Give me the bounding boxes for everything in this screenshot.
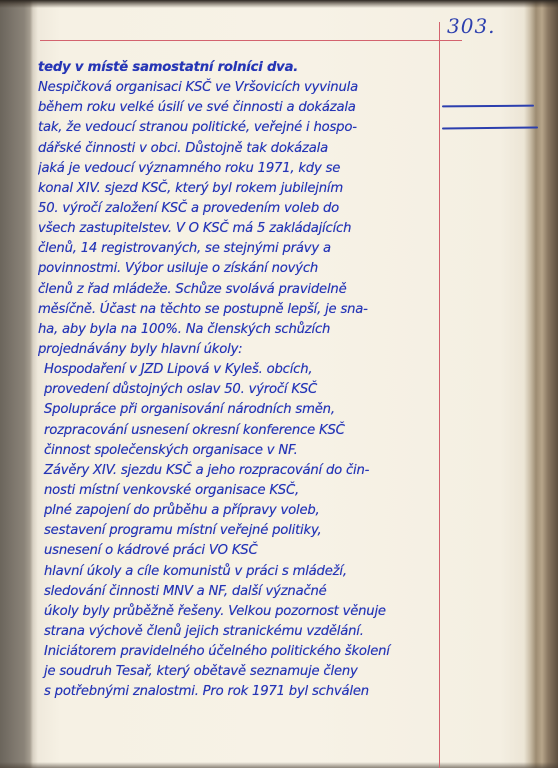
handwritten-line: nosti místní venkovské organisace KSČ, [38,481,448,501]
handwritten-line: úkoly byly průběžně řešeny. Velkou pozor… [38,602,448,622]
handwritten-line: 50. výročí založení KSČ a provedením vol… [38,199,448,219]
handwritten-line: hlavní úkoly a cíle komunistů v práci s … [38,562,448,582]
handwritten-line: rozpracování usnesení okresní konference… [38,421,448,441]
handwritten-line: Nespičková organisaci KSČ ve Vršovicích … [38,78,448,98]
handwritten-line: povinnostmi. Výbor usiluje o získání nov… [38,259,448,279]
page-top-shadow [0,0,558,8]
header-red-rule [40,40,462,41]
handwritten-line: konal XIV. sjezd KSČ, který byl rokem ju… [38,179,448,199]
handwritten-line: sledování činnosti MNV a NF, další význa… [38,582,448,602]
handwritten-line: činnost společenských organisace v NF. [38,441,448,461]
handwritten-line: Hospodaření v JZD Lipová v Kyleš. obcích… [38,360,448,380]
handwritten-line: Spolupráce při organisování národních sm… [38,400,448,420]
handwritten-line: provedení důstojných oslav 50. výročí KS… [38,380,448,400]
handwritten-line: tak, že vedoucí stranou politické, veřej… [38,118,448,138]
ledger-page-scan: 303. tedy v místě samostatní rolníci dva… [0,0,558,768]
handwritten-text-block: tedy v místě samostatní rolníci dva. Nes… [38,58,448,703]
handwritten-line: plné zapojení do průběhu a přípravy vole… [38,501,448,521]
handwritten-line: měsíčně. Účast na těchto se postupně lep… [38,300,448,320]
handwritten-line: jaká je vedoucí významného roku 1971, kd… [38,159,448,179]
handwritten-line: projednávány byly hlavní úkoly: [38,340,448,360]
handwritten-line: sestavení programu místní veřejné politi… [38,521,448,541]
page-bottom-edge [0,762,558,768]
page-number: 303. [447,14,496,38]
handwritten-line: s potřebnými znalostmi. Pro rok 1971 byl… [38,682,448,702]
handwritten-line: Iniciátorem pravidelného účelného politi… [38,642,448,662]
handwritten-line: členů, 14 registrovaných, se stejnými pr… [38,239,448,259]
handwritten-line: Závěry XIV. sjezdu KSČ a jeho rozpracová… [38,461,448,481]
handwritten-line: všech zastupitelstev. V O KSČ má 5 zaklá… [38,219,448,239]
handwritten-line: dářské činnosti v obci. Důstojně tak dok… [38,139,448,159]
handwritten-line: usnesení o kádrové práci VO KSČ [38,541,448,561]
margin-ink-line [442,126,538,129]
handwritten-line: ha, aby byla na 100%. Na členských schůz… [38,320,448,340]
handwritten-line: strana výchově členů jejich stranickému … [38,622,448,642]
handwritten-line: členů z řad mládeže. Schůze svolává prav… [38,280,448,300]
handwritten-line: je soudruh Tesař, který obětavě seznamuj… [38,662,448,682]
handwritten-line: tedy v místě samostatní rolníci dva. [38,58,448,78]
handwritten-line: během roku velké úsilí ve své činnosti a… [38,98,448,118]
margin-ink-line [442,105,534,108]
